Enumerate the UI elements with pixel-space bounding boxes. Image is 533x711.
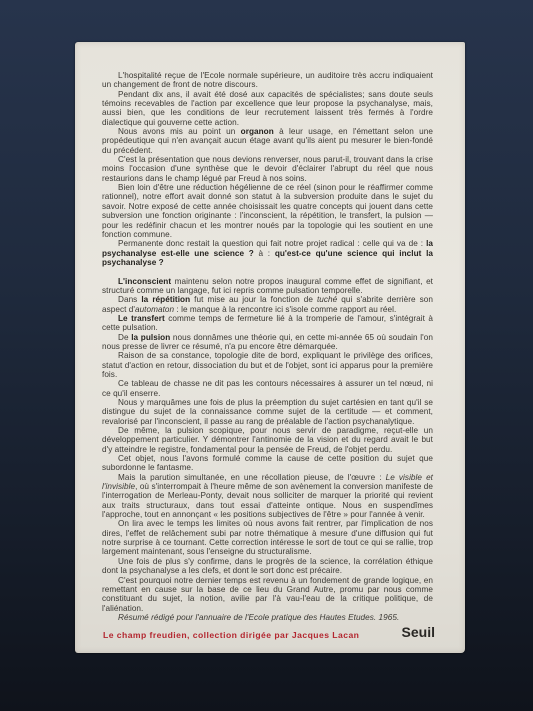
paragraph: Le transfert comme temps de fermeture li… bbox=[102, 314, 433, 333]
paragraph: Raison de sa constance, topologie dite d… bbox=[102, 351, 433, 379]
paragraph: L'inconscient maintenu selon notre propo… bbox=[102, 277, 433, 296]
paragraph: Dans la répétition fut mise au jour la f… bbox=[102, 295, 433, 314]
emphasis-italic: automaton bbox=[135, 305, 174, 314]
paragraph: C'est la présentation que nous devions r… bbox=[102, 155, 433, 183]
paragraph: L'hospitalité reçue de l'Ecole normale s… bbox=[102, 71, 433, 90]
paragraph: Ce tableau de chasse ne dit pas les cont… bbox=[102, 379, 433, 398]
paragraph: Mais la parution simultanée, en une réco… bbox=[102, 473, 433, 520]
emphasis-bold: Le transfert bbox=[118, 314, 165, 323]
source-caption: Résumé rédigé pour l'annuaire de l'Ecole… bbox=[102, 613, 433, 622]
paragraph: Permanente donc restait la question qui … bbox=[102, 239, 433, 267]
paragraph: Nous avons mis au point un organon à leu… bbox=[102, 127, 433, 155]
paragraph: De la pulsion nous donnâmes une théorie … bbox=[102, 333, 433, 352]
paragraph: Pendant dix ans, il avait été dosé aux c… bbox=[102, 90, 433, 127]
paragraph: Une fois de plus s'y confirme, dans le p… bbox=[102, 557, 433, 576]
emphasis-bold: organon bbox=[241, 127, 274, 136]
emphasis-italic: tuché bbox=[317, 295, 337, 304]
emphasis-bold: la pulsion bbox=[131, 333, 170, 342]
emphasis-italic: Le visible et l'invisible bbox=[102, 473, 433, 491]
paragraph: Bien loin d'être une réduction hégélienn… bbox=[102, 183, 433, 239]
cover-footer: Le champ freudien, collection dirigée pa… bbox=[103, 622, 435, 642]
book-back-cover: L'hospitalité reçue de l'Ecole normale s… bbox=[75, 42, 465, 653]
series-line: Le champ freudien, collection dirigée pa… bbox=[103, 625, 359, 640]
publisher-logo: Seuil bbox=[402, 624, 435, 640]
paragraph: C'est pourquoi notre dernier temps est r… bbox=[102, 576, 433, 613]
paragraph: On lira avec le temps les limites où nou… bbox=[102, 519, 433, 556]
paragraph: Nous y marquâmes une fois de plus la pré… bbox=[102, 398, 433, 426]
blurb-text: L'hospitalité reçue de l'Ecole normale s… bbox=[102, 71, 433, 622]
paragraph: Cet objet, nous l'avons formulé comme la… bbox=[102, 454, 433, 473]
paragraph: De même, la pulsion scopique, pour nous … bbox=[102, 426, 433, 454]
emphasis-bold: L'inconscient bbox=[118, 277, 171, 286]
emphasis-bold: la répétition bbox=[141, 295, 190, 304]
